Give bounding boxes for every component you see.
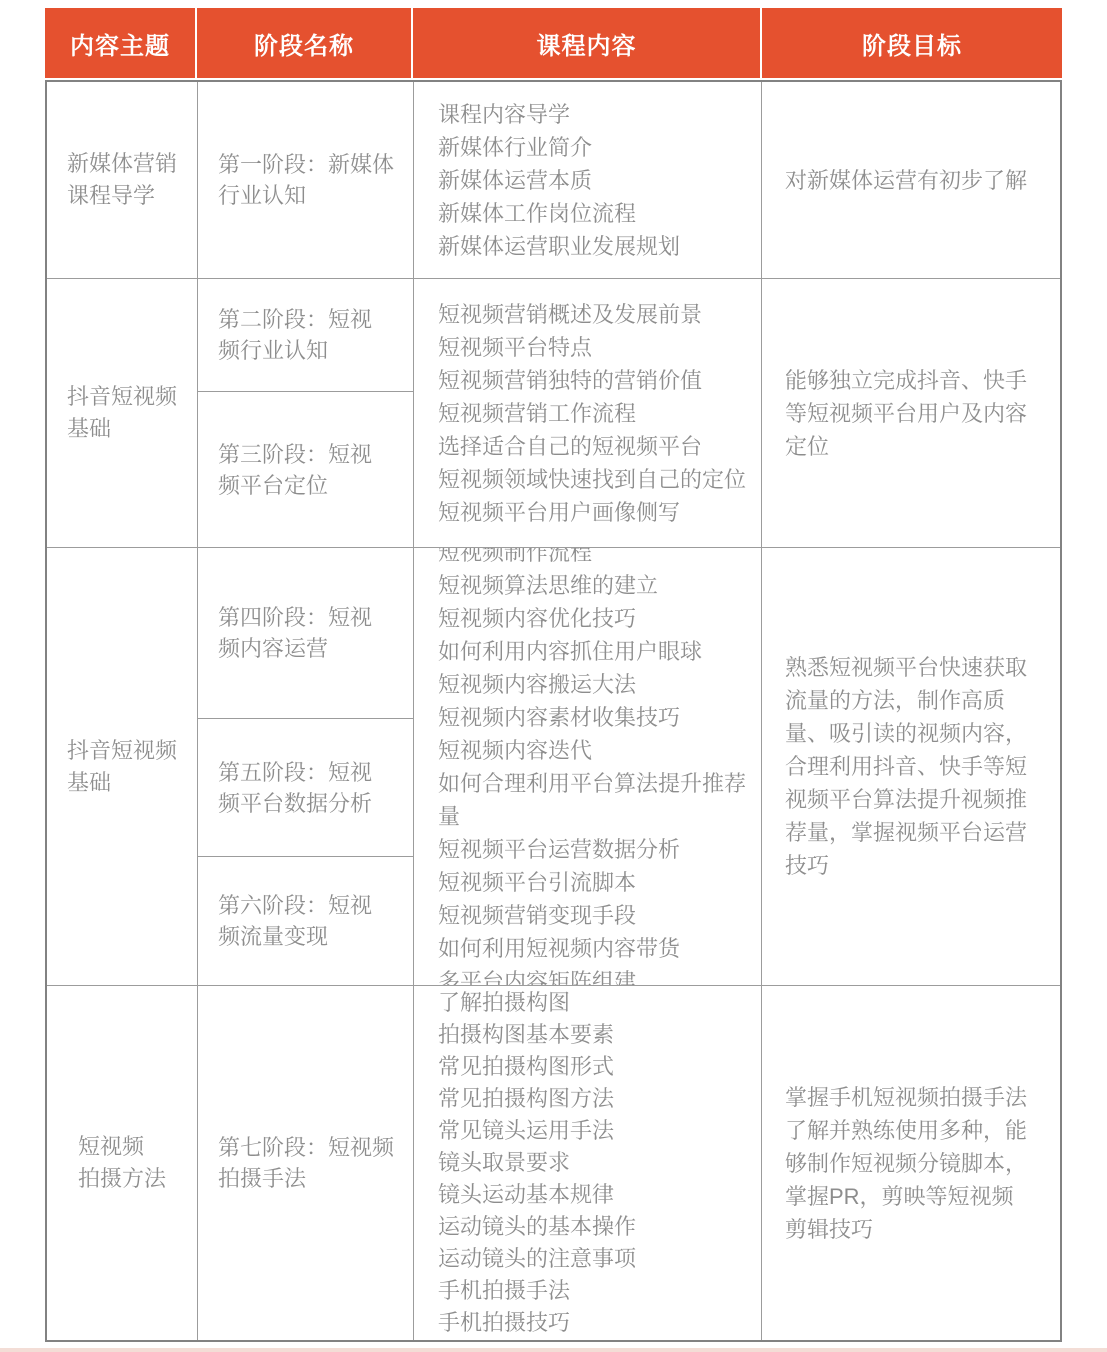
header-cell-course-content: 课程内容 bbox=[413, 8, 762, 78]
theme-cell-row2: 抖音短视频 基础 bbox=[47, 279, 197, 547]
theme-cell-row1: 新媒体营销 课程导学 bbox=[47, 82, 197, 278]
goal-cell-row2: 能够独立完成抖音、快手等短视频平台用户及内容定位 bbox=[762, 279, 1060, 547]
content-cell-row1: 课程内容导学 新媒体行业简介 新媒体运营本质 新媒体工作岗位流程 新媒体运营职业… bbox=[414, 82, 761, 278]
goal-text: 对新媒体运营有初步了解 bbox=[785, 164, 1027, 197]
goal-cell-row3: 熟悉短视频平台快速获取流量的方法，制作高质量、吸引读的视频内容，合理利用抖音、快… bbox=[762, 548, 1060, 985]
stage-text: 第二阶段：短视 频行业认知 bbox=[218, 304, 372, 366]
theme-text: 抖音短视频 基础 bbox=[67, 381, 177, 445]
content-cell-row4: 了解拍摄构图 拍摄构图基本要素 常见拍摄构图形式 常见拍摄构图方法 常见镜头运用… bbox=[414, 986, 761, 1340]
stage-text: 第三阶段：短视 频平台定位 bbox=[218, 439, 372, 501]
content-cell-row2: 短视频营销概述及发展前景 短视频平台特点 短视频营销独特的营销价值 短视频营销工… bbox=[414, 279, 761, 547]
content-list: 短视频制作流程 短视频算法思维的建立 短视频内容优化技巧 如何利用内容抓住用户眼… bbox=[438, 548, 747, 985]
goal-cell-row4: 掌握手机短视频拍摄手法了解并熟练使用多种，能够制作短视频分镜脚本，掌握PR，剪映… bbox=[762, 986, 1060, 1340]
goal-text: 熟悉短视频平台快速获取流量的方法，制作高质量、吸引读的视频内容，合理利用抖音、快… bbox=[785, 651, 1035, 882]
theme-text: 抖音短视频 基础 bbox=[67, 735, 177, 799]
stage-cell-stage3: 第三阶段：短视 频平台定位 bbox=[198, 392, 413, 547]
content-list: 了解拍摄构图 拍摄构图基本要素 常见拍摄构图形式 常见拍摄构图方法 常见镜头运用… bbox=[438, 987, 636, 1339]
theme-text: 短视频 拍摄方法 bbox=[78, 1131, 166, 1195]
goal-text: 能够独立完成抖音、快手等短视频平台用户及内容定位 bbox=[785, 364, 1035, 463]
content-cell-row3: 短视频制作流程 短视频算法思维的建立 短视频内容优化技巧 如何利用内容抓住用户眼… bbox=[414, 548, 761, 985]
stage-text: 第六阶段：短视 频流量变现 bbox=[218, 890, 372, 952]
stage-cell-stage7: 第七阶段：短视频 拍摄手法 bbox=[198, 986, 413, 1340]
theme-text: 新媒体营销 课程导学 bbox=[67, 148, 177, 212]
goal-cell-row1: 对新媒体运营有初步了解 bbox=[762, 82, 1060, 278]
theme-cell-row4: 短视频 拍摄方法 bbox=[47, 986, 197, 1340]
table-header-row: 内容主题 阶段名称 课程内容 阶段目标 bbox=[45, 8, 1062, 78]
header-cell-stage-name: 阶段名称 bbox=[197, 8, 413, 78]
stage-cell-stage6: 第六阶段：短视 频流量变现 bbox=[198, 857, 413, 985]
stage-text: 第四阶段：短视 频内容运营 bbox=[218, 602, 372, 664]
header-cell-content-theme: 内容主题 bbox=[45, 8, 197, 78]
course-curriculum-table: 内容主题 阶段名称 课程内容 阶段目标 新媒体营销 课程导学 第一阶段：新媒体 … bbox=[45, 8, 1062, 1342]
theme-cell-row3: 抖音短视频 基础 bbox=[47, 548, 197, 985]
stage-text: 第一阶段：新媒体 行业认知 bbox=[218, 149, 394, 211]
content-list: 短视频营销概述及发展前景 短视频平台特点 短视频营销独特的营销价值 短视频营销工… bbox=[438, 298, 746, 529]
stage-cell-stage1: 第一阶段：新媒体 行业认知 bbox=[198, 82, 413, 278]
stage-text: 第七阶段：短视频 拍摄手法 bbox=[218, 1132, 394, 1194]
table-body: 新媒体营销 课程导学 第一阶段：新媒体 行业认知 课程内容导学 新媒体行业简介 … bbox=[45, 80, 1062, 1342]
stage-cell-stage5: 第五阶段：短视 频平台数据分析 bbox=[198, 719, 413, 856]
next-section-top-edge bbox=[0, 1348, 1107, 1352]
stage-text: 第五阶段：短视 频平台数据分析 bbox=[218, 757, 372, 819]
stage-cell-stage4: 第四阶段：短视 频内容运营 bbox=[198, 548, 413, 718]
header-cell-stage-goal: 阶段目标 bbox=[762, 8, 1062, 78]
content-list: 课程内容导学 新媒体行业简介 新媒体运营本质 新媒体工作岗位流程 新媒体运营职业… bbox=[438, 98, 680, 263]
stage-cell-stage2: 第二阶段：短视 频行业认知 bbox=[198, 279, 413, 391]
goal-text: 掌握手机短视频拍摄手法了解并熟练使用多种，能够制作短视频分镜脚本，掌握PR，剪映… bbox=[785, 1081, 1035, 1246]
